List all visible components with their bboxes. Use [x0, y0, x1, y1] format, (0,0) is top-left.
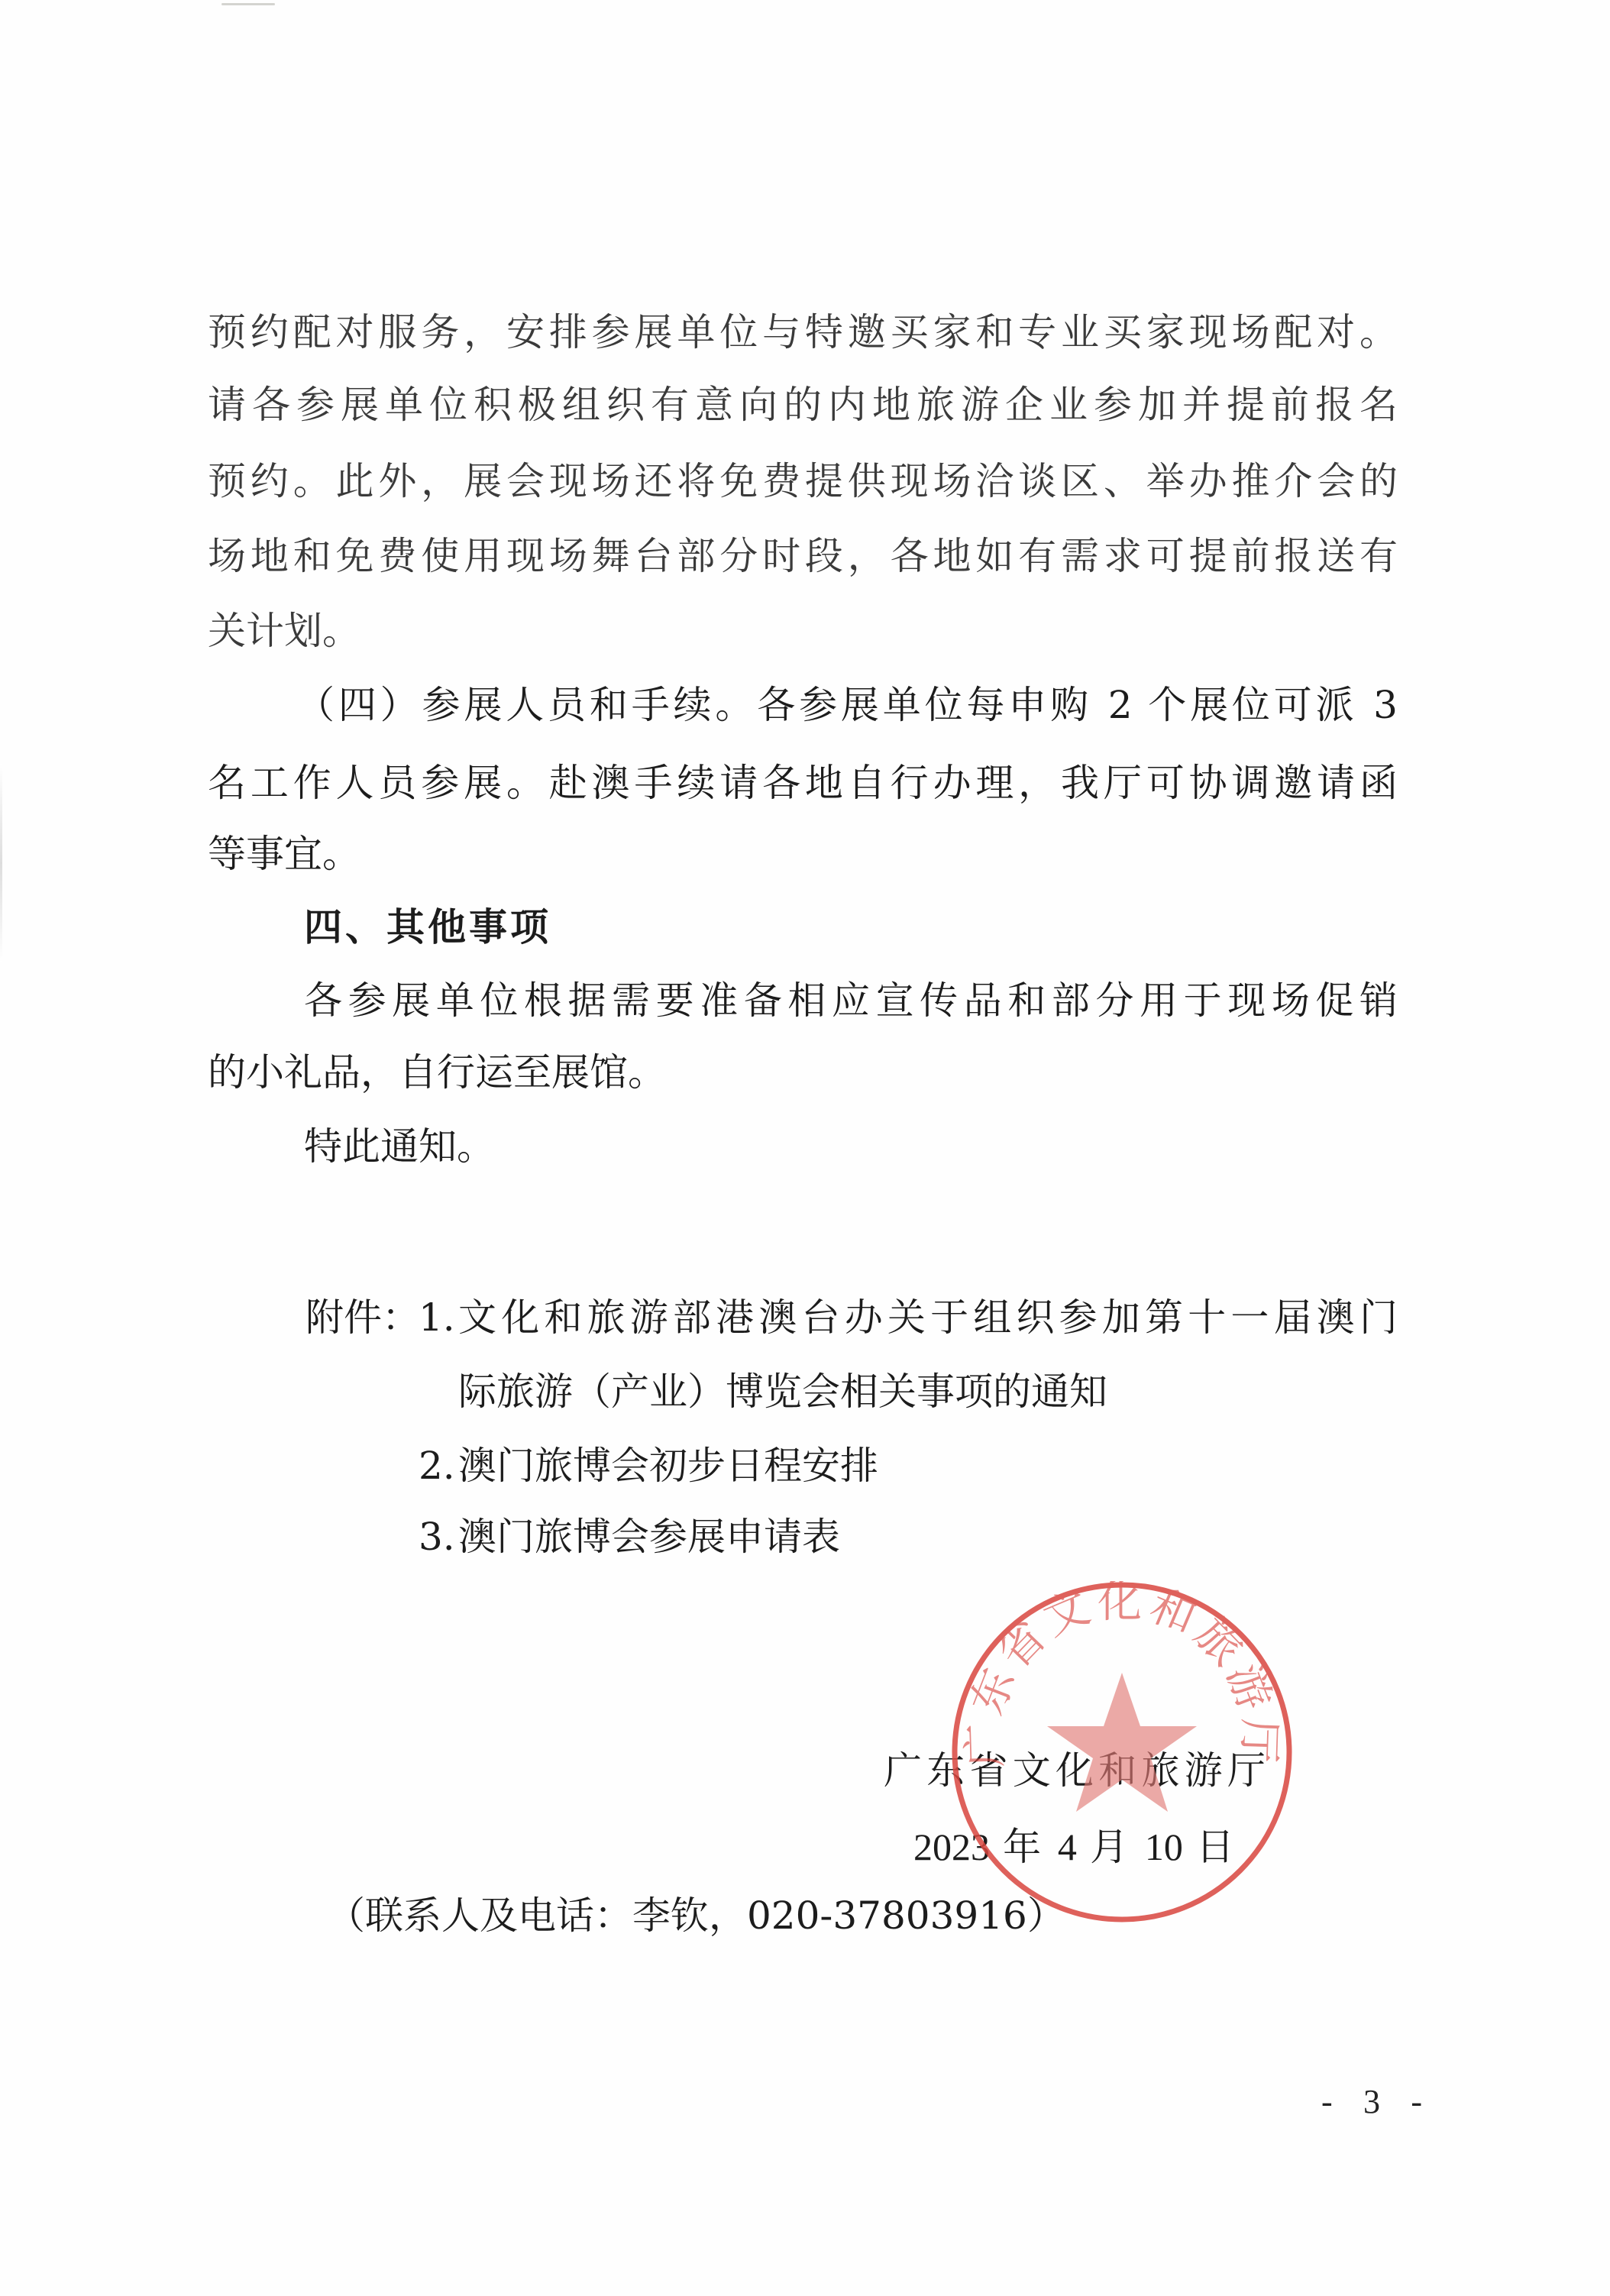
scan-edge-shadow: [0, 764, 2, 962]
contact-info: （联系人及电话：李钦，020-37803916）: [327, 1889, 1062, 1942]
section-line-2: 的小礼品，自行运至展馆。: [208, 1046, 666, 1099]
section-line-1: 各参展单位根据需要准备相应宣传品和部分用于现场促销: [304, 974, 1398, 1027]
attachment-3-number: 3.: [419, 1510, 455, 1564]
page-number: - 3 -: [1321, 2075, 1422, 2129]
closing-text: 特此通知。: [304, 1120, 495, 1173]
attachments-label: 附件：: [306, 1291, 420, 1344]
body-line-1: 预约配对服务，安排参展单位与特邀买家和专业买家现场配对。: [208, 306, 1398, 359]
attachment-2-number: 2.: [419, 1439, 455, 1492]
attachment-2-title: 澳门旅博会初步日程安排: [458, 1439, 878, 1492]
subsection-4-line-1: （四）参展人员和手续。各参展单位每申购 2 个展位可派 3: [296, 678, 1398, 732]
scan-artifact: [221, 3, 275, 5]
body-line-2: 请各参展单位积极组织有意向的内地旅游企业参加并提前报名: [208, 378, 1398, 432]
attachment-1-title-line-1: 文化和旅游部港澳台办关于组织参加第十一届澳门: [458, 1291, 1398, 1344]
body-line-5: 关计划。: [208, 604, 360, 658]
document-page: 预约配对服务，安排参展单位与特邀买家和专业买家现场配对。 请各参展单位积极组织有…: [0, 0, 1610, 2296]
body-line-3: 预约。此外，展会现场还将免费提供现场洽谈区、举办推介会的: [208, 454, 1398, 508]
subsection-4-line-3: 等事宜。: [208, 827, 360, 881]
subsection-4-line-2: 名工作人员参展。赴澳手续请各地自行办理，我厅可协调邀请函: [208, 756, 1398, 810]
svg-text:广东省文化和旅游厅: 广东省文化和旅游厅: [958, 1581, 1286, 1768]
signing-date: 2023 年 4 月 10 日: [913, 1820, 1234, 1874]
body-line-4: 场地和免费使用现场舞台部分时段，各地如有需求可提前报送有: [208, 529, 1398, 583]
section-heading: 四、其他事项: [304, 901, 551, 954]
attachment-3-title: 澳门旅博会参展申请表: [458, 1510, 840, 1564]
signing-organization: 广东省文化和旅游厅: [884, 1744, 1266, 1797]
attachment-1-title-line-2: 际旅游（产业）博览会相关事项的通知: [458, 1365, 1107, 1418]
attachment-1-number: 1.: [419, 1291, 455, 1344]
